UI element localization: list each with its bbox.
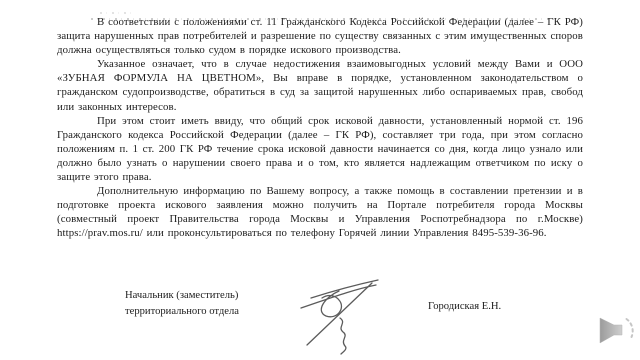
signatory-position-line: Начальник (заместитель) <box>125 288 239 304</box>
signatory-name: Городиская Е.Н. <box>428 301 501 312</box>
document-page: В соответствии с положениями ст. 11 Граж… <box>0 0 640 360</box>
speaker-cone <box>600 318 622 343</box>
sound-waves <box>627 319 633 337</box>
signatory-position: Начальник (заместитель) территориального… <box>125 288 239 319</box>
paragraph-court-rights: Указанное означает, что в случае недости… <box>57 57 583 113</box>
paragraph-jurisdiction: В соответствии с положениями ст. 11 Граж… <box>57 15 583 57</box>
signatory-position-line: территориального отдела <box>125 304 239 320</box>
handwritten-signature-icon <box>293 277 385 359</box>
volume-speaker-icon[interactable] <box>597 312 637 349</box>
letter-body: В соответствии с положениями ст. 11 Граж… <box>57 15 583 241</box>
cutoff-text-remnant <box>100 12 134 14</box>
paragraph-additional-info: Дополнительную информацию по Вашему вопр… <box>57 184 583 240</box>
paragraph-limitation-period: При этом стоит иметь ввиду, что общий ср… <box>57 114 583 184</box>
